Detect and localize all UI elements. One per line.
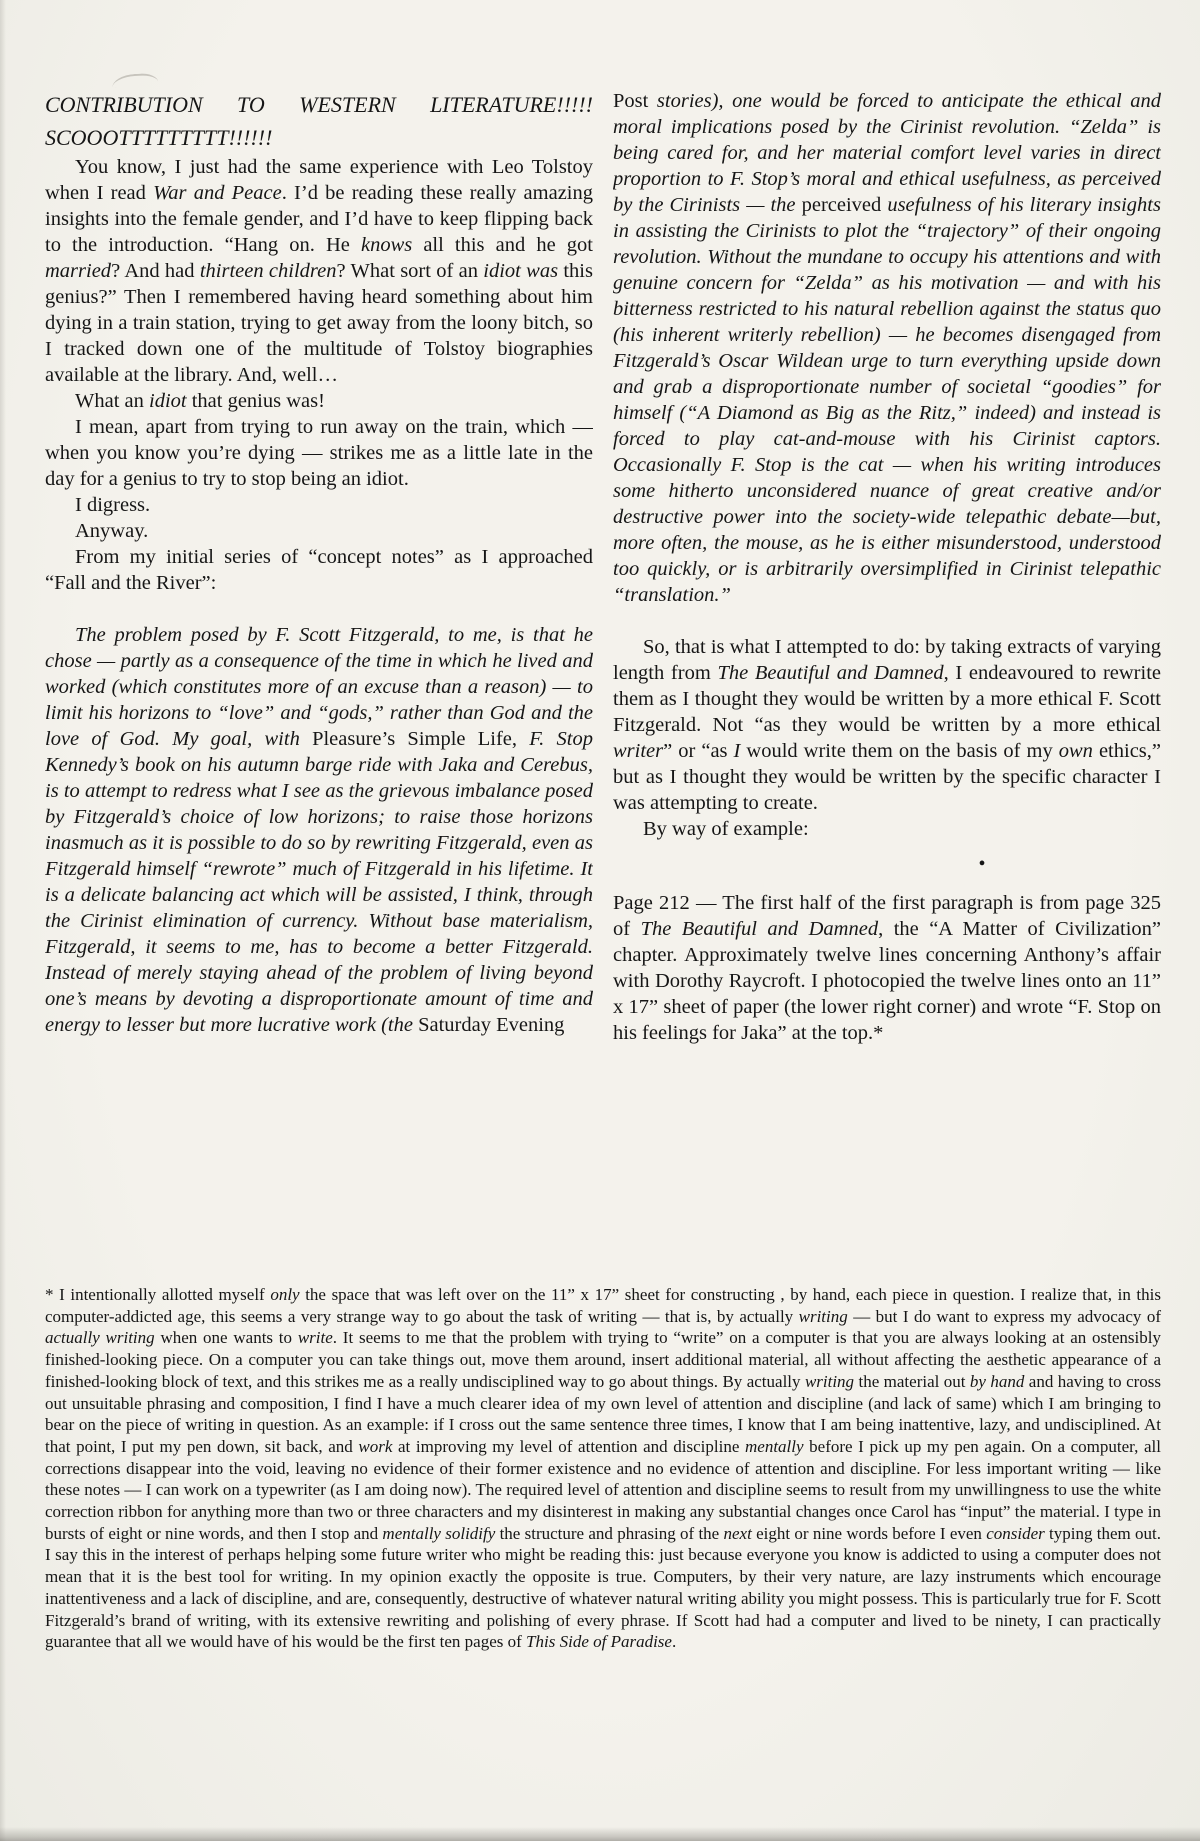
paragraph-page-212: Page 212 — The first half of the first p… <box>613 890 1161 1046</box>
paragraph-so-that-is-what: So, that is what I attempted to do: by t… <box>613 634 1161 816</box>
section-divider-bullet: • <box>613 852 1161 876</box>
page-content: CONTRIBUTION TO WESTERN LITERATURE!!!!! … <box>45 88 1161 1653</box>
blockquote-fitzgerald-problem: The problem posed by F. Scott Fitzgerald… <box>45 622 593 1038</box>
paragraph-concept-notes: From my initial series of “concept notes… <box>45 544 593 596</box>
pencil-smudge <box>112 72 159 87</box>
page-bottom-shadow <box>0 1827 1200 1841</box>
paragraph-i-digress: I digress. <box>45 492 593 518</box>
paragraph-tolstoy: You know, I just had the same experience… <box>45 154 593 388</box>
paragraph-anyway: Anyway. <box>45 518 593 544</box>
paragraph-by-way-of-example: By way of example: <box>613 816 1161 842</box>
paragraph-i-mean: I mean, apart from trying to run away on… <box>45 414 593 492</box>
two-column-layout: CONTRIBUTION TO WESTERN LITERATURE!!!!! … <box>45 88 1161 1276</box>
scanned-document-page: CONTRIBUTION TO WESTERN LITERATURE!!!!! … <box>0 0 1200 1841</box>
heading-line-2: SCOOOTTTTTTTTT!!!!!! <box>45 121 593 154</box>
paragraph-what-an-idiot: What an idiot that genius was! <box>45 388 593 414</box>
heading-line-1: CONTRIBUTION TO WESTERN LITERATURE!!!!! <box>45 88 593 121</box>
footnote-asterisk: * I intentionally allotted myself only t… <box>45 1284 1161 1653</box>
left-column: CONTRIBUTION TO WESTERN LITERATURE!!!!! … <box>45 88 593 1276</box>
right-column: Post stories), one would be forced to an… <box>613 88 1161 1276</box>
blockquote-continuation: Post stories), one would be forced to an… <box>613 88 1161 608</box>
essay-heading: CONTRIBUTION TO WESTERN LITERATURE!!!!! … <box>45 88 593 154</box>
scan-edge-shading <box>0 0 6 1841</box>
